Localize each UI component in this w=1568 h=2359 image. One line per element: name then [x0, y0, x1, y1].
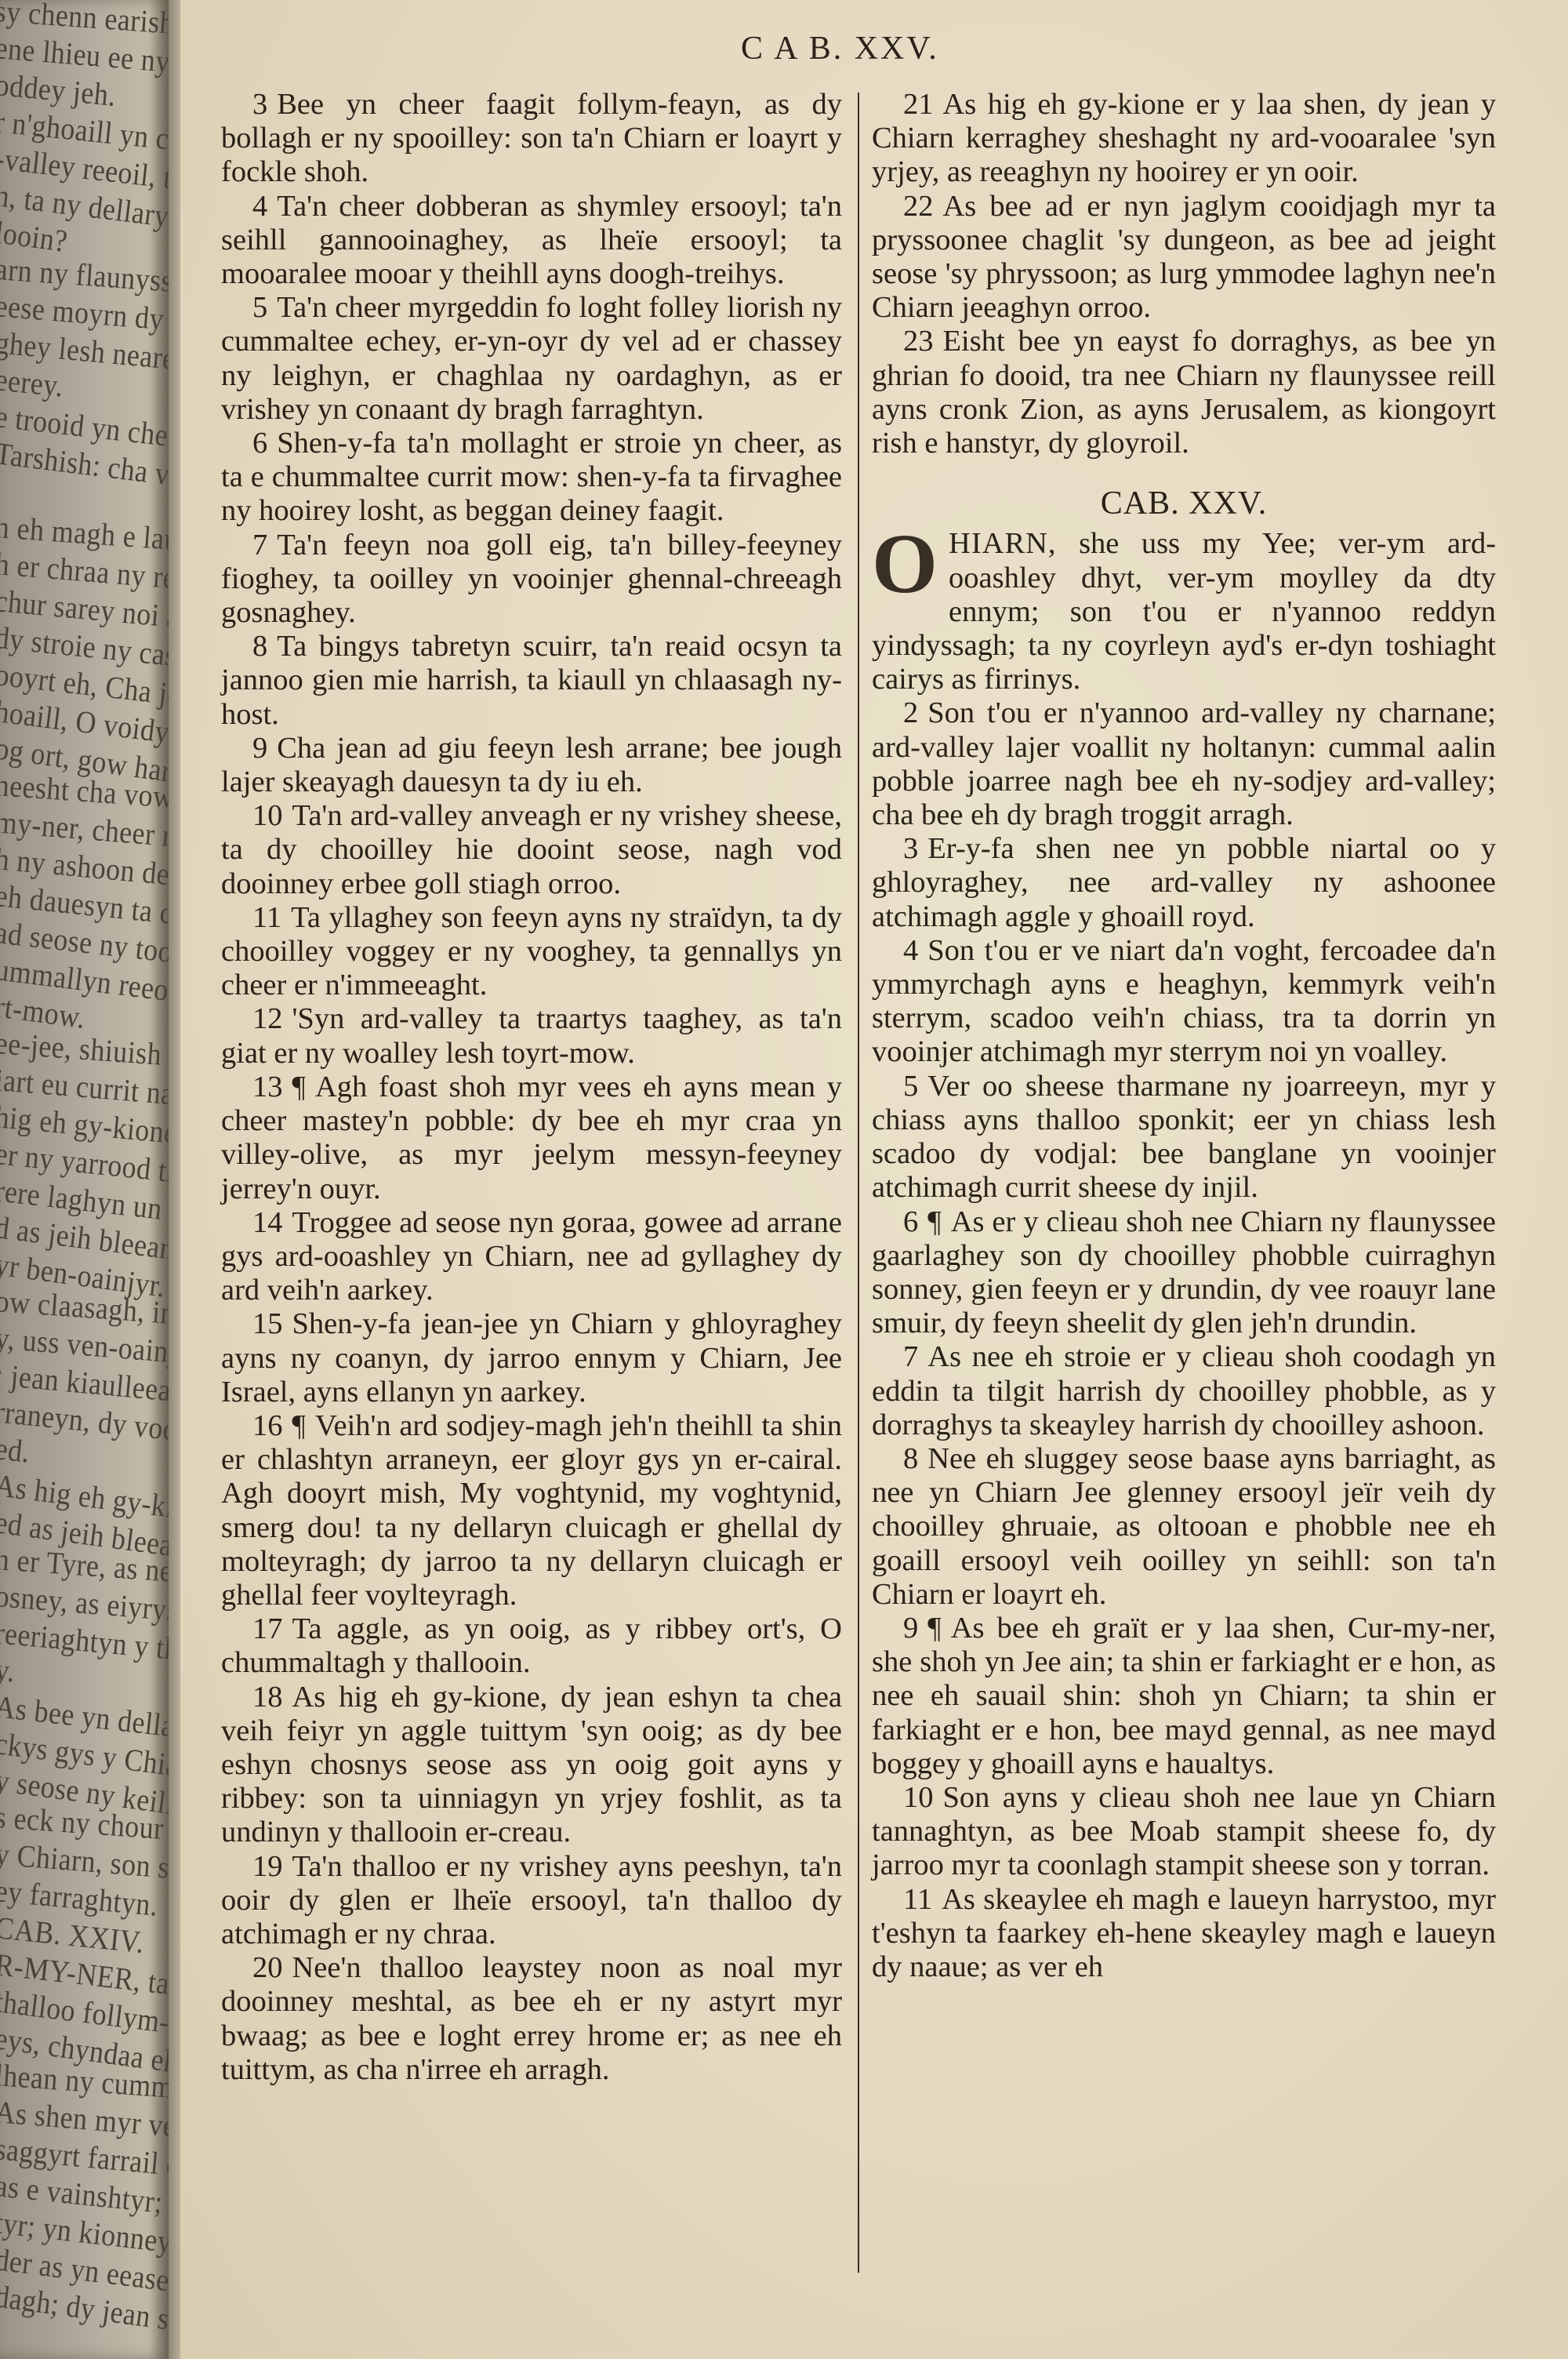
- verse-text: 'Syn ard-valley ta traartys taaghey, as …: [221, 1002, 842, 1069]
- verse-text: Nee'n thalloo leaystey noon as noal myr …: [221, 1951, 842, 2086]
- verse: 13¶Agh foast shoh myr vees eh ayns mean …: [221, 1070, 842, 1206]
- verse-text: As hig eh gy-kione er y laa shen, dy jea…: [872, 88, 1496, 188]
- verse: 10Son ayns y clieau shoh nee laue yn Chi…: [872, 1781, 1496, 1883]
- verse-number: 19: [252, 1850, 283, 1883]
- verse-number: 11: [903, 1883, 932, 1916]
- verse-number: 22: [903, 190, 934, 223]
- verse: 21As hig eh gy-kione er y laa shen, dy j…: [872, 88, 1496, 190]
- verse-text: As er y clieau shoh nee Chiarn ny flauny…: [872, 1205, 1496, 1340]
- verse-text: Son ayns y clieau shoh nee laue yn Chiar…: [872, 1781, 1496, 1881]
- verse: 7Ta'n feeyn noa goll eig, ta'n billey-fe…: [221, 529, 842, 631]
- verse-text: Er-y-fa shen nee yn pobble niartal oo y …: [872, 832, 1496, 932]
- verse-number: 23: [903, 325, 934, 358]
- drop-cap-letter: O: [872, 530, 938, 599]
- verse-number: 6: [903, 1205, 918, 1238]
- verse: 3Er-y-fa shen nee yn pobble niartal oo y…: [872, 832, 1496, 934]
- verse-number: 4: [252, 190, 267, 223]
- verse: 8Ta bingys tabretyn scuirr, ta'n reaid o…: [221, 630, 842, 732]
- verse: 2Son t'ou er n'yannoo ard-valley ny char…: [872, 696, 1496, 832]
- verse: 4Ta'n cheer dobberan as shymley ersooyl;…: [221, 190, 842, 292]
- opening-smallcaps: HIARN,: [949, 527, 1057, 560]
- facing-page-line: eerey.: [0, 361, 65, 405]
- verse: 17Ta aggle, as yn ooig, as y ribbey ort'…: [221, 1612, 842, 1680]
- verse-number: 20: [252, 1951, 283, 1984]
- verse: 8Nee eh sluggey seose baase ayns barriag…: [872, 1442, 1496, 1612]
- verse-number: 16: [252, 1409, 283, 1442]
- verse: 18As hig eh gy-kione, dy jean eshyn ta c…: [221, 1681, 842, 1850]
- verse: 5Ta'n cheer myrgeddin fo loght folley li…: [221, 291, 842, 427]
- verse-number: 6: [252, 427, 267, 460]
- verse-text: Cha jean ad giu feeyn lesh arrane; bee j…: [221, 732, 842, 798]
- verse-text: Son t'ou er ve niart da'n voght, fercoad…: [872, 934, 1496, 1069]
- verse-number: 3: [252, 88, 267, 121]
- verse: 7As nee eh stroie er y clieau shoh cooda…: [872, 1340, 1496, 1442]
- verse-number: 21: [903, 88, 934, 121]
- chapter-opening-verse: O HIARN, she uss my Yee; ver-ym ard-ooas…: [872, 527, 1496, 696]
- verse-number: 18: [252, 1681, 283, 1714]
- left-column: 3Bee yn cheer faagit follym-feayn, as dy…: [221, 88, 842, 2087]
- verse: 22As bee ad er nyn jaglym cooidjagh myr …: [872, 190, 1496, 325]
- verse: 11Ta yllaghey son feeyn ayns ny straïdyn…: [221, 901, 842, 1003]
- chapter-heading: CAB. XXV.: [872, 487, 1496, 521]
- verse-text: Eisht bee yn eayst fo dorraghys, as bee …: [872, 325, 1496, 460]
- verse-text: As bee eh graït er y laa shen, Cur-my-ne…: [872, 1612, 1496, 1780]
- verse-text: Shen-y-fa ta'n mollaght er stroie yn che…: [221, 427, 842, 527]
- verse-number: 15: [252, 1307, 283, 1340]
- facing-page-line: ed.: [0, 1430, 32, 1470]
- verse: 12'Syn ard-valley ta traartys taaghey, a…: [221, 1002, 842, 1070]
- verse: 23Eisht bee yn eayst fo dorraghys, as be…: [872, 325, 1496, 460]
- verse: 14Troggee ad seose nyn goraa, gowee ad a…: [221, 1206, 842, 1308]
- verse-number: 8: [252, 630, 267, 663]
- right-column: 21As hig eh gy-kione er y laa shen, dy j…: [872, 88, 1496, 1984]
- column-divider-rule: [858, 93, 859, 2273]
- verse-number: 7: [252, 529, 267, 562]
- verse-number: 3: [903, 832, 918, 865]
- verse: 9¶As bee eh graït er y laa shen, Cur-my-…: [872, 1612, 1496, 1781]
- verse-text: As skeaylee eh magh e laueyn harrystoo, …: [872, 1883, 1496, 1983]
- verse-number: 17: [252, 1612, 283, 1645]
- verse-number: 5: [252, 291, 267, 324]
- verse-text: Ta'n feeyn noa goll eig, ta'n billey-fee…: [221, 529, 842, 629]
- verse-number: 9: [903, 1612, 918, 1645]
- verse-number: 4: [903, 934, 918, 967]
- pilcrow-icon: ¶: [292, 1070, 306, 1103]
- verse-text: Ta'n cheer dobberan as shymley ersooyl; …: [221, 190, 842, 290]
- pilcrow-icon: ¶: [292, 1409, 306, 1442]
- pilcrow-icon: ¶: [927, 1612, 941, 1645]
- verse: 10Ta'n ard-valley anveagh er ny vrishey …: [221, 799, 842, 901]
- verse-number: 13: [252, 1070, 283, 1103]
- facing-page-edge: sy chenn earish?ene lhieu ee ny joarreeo…: [0, 0, 169, 2359]
- verse-number: 14: [252, 1206, 283, 1239]
- verse-text: Shen-y-fa jean-jee yn Chiarn y ghloyragh…: [221, 1307, 842, 1408]
- verse: 4Son t'ou er ve niart da'n voght, fercoa…: [872, 934, 1496, 1070]
- verse-text: As nee eh stroie er y clieau shoh coodag…: [872, 1340, 1496, 1441]
- running-head: C A B. XXV.: [741, 30, 939, 67]
- verse-number: 7: [903, 1340, 918, 1373]
- verse: 20Nee'n thalloo leaystey noon as noal my…: [221, 1951, 842, 2087]
- pilcrow-icon: ¶: [927, 1205, 941, 1238]
- verse-number: 2: [903, 696, 918, 729]
- verse-text: Bee yn cheer faagit follym-feayn, as dy …: [221, 88, 842, 188]
- verse: 3Bee yn cheer faagit follym-feayn, as dy…: [221, 88, 842, 190]
- verse: 6¶As er y clieau shoh nee Chiarn ny flau…: [872, 1205, 1496, 1341]
- verse-text: Ta'n thalloo er ny vrishey ayns peeshyn,…: [221, 1850, 842, 1950]
- verse-number: 9: [252, 732, 267, 765]
- verse-text: Agh foast shoh myr vees eh ayns mean y c…: [221, 1070, 842, 1205]
- verse-text: Veih'n ard sodjey-magh jeh'n theihll ta …: [221, 1409, 842, 1612]
- verse-number: 10: [903, 1781, 934, 1814]
- facing-page-line: y.: [0, 1651, 17, 1689]
- verse: 9Cha jean ad giu feeyn lesh arrane; bee …: [221, 732, 842, 799]
- verse: 11As skeaylee eh magh e laueyn harrystoo…: [872, 1883, 1496, 1985]
- verse: 19Ta'n thalloo er ny vrishey ayns peeshy…: [221, 1850, 842, 1952]
- verse-text: Nee eh sluggey seose baase ayns barriagh…: [872, 1442, 1496, 1611]
- verse-text: Son t'ou er n'yannoo ard-valley ny charn…: [872, 696, 1496, 831]
- verse: 15Shen-y-fa jean-jee yn Chiarn y ghloyra…: [221, 1307, 842, 1409]
- verse: 6Shen-y-fa ta'n mollaght er stroie yn ch…: [221, 427, 842, 529]
- verse: 5Ver oo sheese tharmane ny joarreeyn, my…: [872, 1070, 1496, 1205]
- verse-text: Troggee ad seose nyn goraa, gowee ad arr…: [221, 1206, 842, 1307]
- verse-text: As hig eh gy-kione, dy jean eshyn ta che…: [221, 1681, 842, 1849]
- verse-text: Ta'n cheer myrgeddin fo loght folley lio…: [221, 291, 842, 426]
- verse-text: As bee ad er nyn jaglym cooidjagh myr ta…: [872, 190, 1496, 325]
- verse-text: Ver oo sheese tharmane ny joarreeyn, myr…: [872, 1070, 1496, 1205]
- verse-text: Ta'n ard-valley anveagh er ny vrishey sh…: [221, 799, 842, 900]
- verse-text: Ta aggle, as yn ooig, as y ribbey ort's,…: [221, 1612, 842, 1679]
- verse-number: 12: [252, 1002, 283, 1035]
- verse-number: 11: [252, 901, 281, 934]
- verse-number: 5: [903, 1070, 918, 1103]
- verse-number: 10: [252, 799, 283, 832]
- verse-text: Ta yllaghey son feeyn ayns ny straïdyn, …: [221, 901, 842, 1001]
- verse: 16¶Veih'n ard sodjey-magh jeh'n theihll …: [221, 1409, 842, 1612]
- verse-number: 8: [903, 1442, 918, 1475]
- verse-text: Ta bingys tabretyn scuirr, ta'n reaid oc…: [221, 630, 842, 730]
